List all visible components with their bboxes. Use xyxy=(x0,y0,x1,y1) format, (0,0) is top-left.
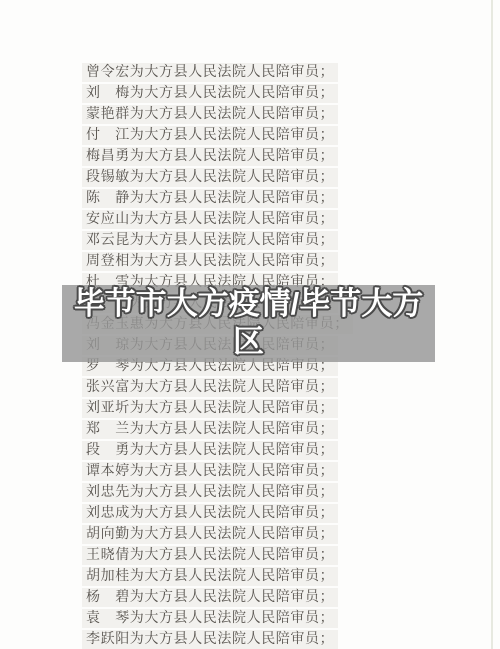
watermark-overlay: 毕节市大方疫情/毕节大方 区 xyxy=(62,285,435,362)
appointment-line: 付 江为大方县人民法院人民陪审员； xyxy=(82,126,338,145)
appointment-line: 刘亚圻为大方县人民法院人民陪审员； xyxy=(82,399,338,418)
appointment-line: 曾令宏为大方县人民法院人民陪审员； xyxy=(82,63,338,82)
appointment-line: 蒙艳群为大方县人民法院人民陪审员； xyxy=(82,105,338,124)
appointment-line: 胡加桂为大方县人民法院人民陪审员； xyxy=(82,567,338,586)
appointment-line: 陈 静为大方县人民法院人民陪审员； xyxy=(82,189,338,208)
appointment-line: 周登相为大方县人民法院人民陪审员； xyxy=(82,252,338,271)
watermark-title-line1: 毕节市大方疫情/毕节大方 xyxy=(62,285,435,323)
appointment-line: 刘 梅为大方县人民法院人民陪审员； xyxy=(82,84,338,103)
appointment-line: 段锡敏为大方县人民法院人民陪审员； xyxy=(82,168,338,187)
scanned-document-page: 曾令宏为大方县人民法院人民陪审员；刘 梅为大方县人民法院人民陪审员；蒙艳群为大方… xyxy=(0,0,500,649)
appointment-line: 邓云昆为大方县人民法院人民陪审员； xyxy=(82,231,338,250)
appointment-line: 郑 兰为大方县人民法院人民陪审员； xyxy=(82,420,338,439)
appointment-line: 梅昌勇为大方县人民法院人民陪审员； xyxy=(82,147,338,166)
appointment-line: 刘忠先为大方县人民法院人民陪审员； xyxy=(82,483,338,502)
appointment-line: 杨 碧为大方县人民法院人民陪审员； xyxy=(82,588,338,607)
appointment-line: 王晓倩为大方县人民法院人民陪审员； xyxy=(82,546,338,565)
appointment-line: 胡向勤为大方县人民法院人民陪审员； xyxy=(82,525,338,544)
appointment-line: 袁 琴为大方县人民法院人民陪审员； xyxy=(82,609,338,628)
appointment-line: 刘忠成为大方县人民法院人民陪审员； xyxy=(82,504,338,523)
page-edge-line xyxy=(491,0,493,649)
appointment-line: 段 勇为大方县人民法院人民陪审员； xyxy=(82,441,338,460)
appointment-line: 李跃阳为大方县人民法院人民陪审员； xyxy=(82,630,338,649)
appointment-line: 张兴富为大方县人民法院人民陪审员； xyxy=(82,378,338,397)
watermark-title-line2: 区 xyxy=(62,323,435,361)
appointment-line: 谭本婷为大方县人民法院人民陪审员； xyxy=(82,462,338,481)
appointment-line: 安应山为大方县人民法院人民陪审员； xyxy=(82,210,338,229)
